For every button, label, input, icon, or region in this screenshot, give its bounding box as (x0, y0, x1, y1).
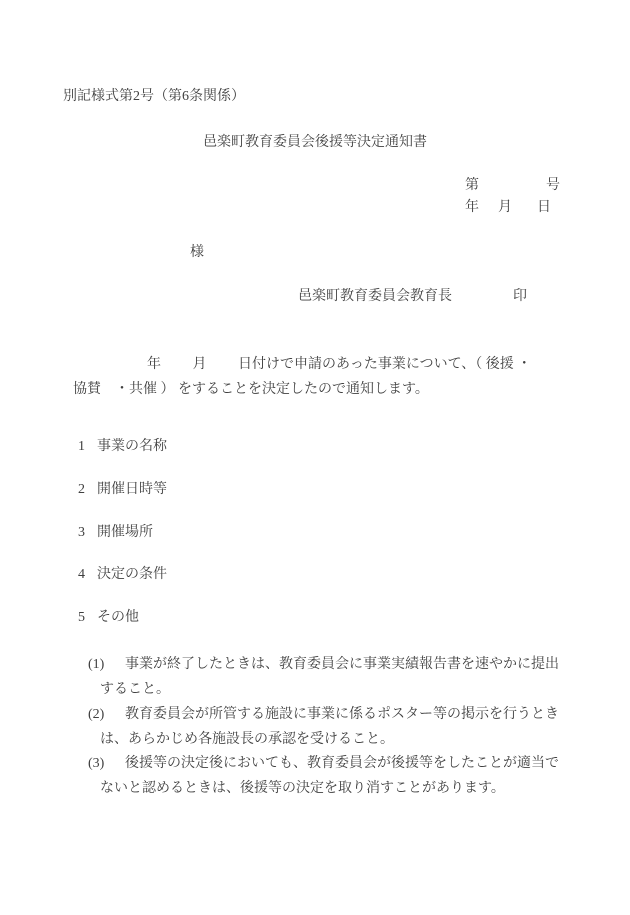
subitem-1-number: (1) (88, 654, 125, 676)
subitem-1-text: 事業が終了したときは、教育委員会に事業実績報告書を速やかに提出 (125, 657, 559, 672)
subitem-3-line-1: (3)後援等の決定後においても、教育委員会が後援等をしたことが適当で (88, 753, 559, 775)
issuer-line: 邑楽町教育委員会教育長印 (298, 286, 527, 308)
item-5-label: その他 (97, 610, 139, 625)
subitem-2-text: 教育委員会が所管する施設に事業に係るポスター等の掲示を行うとき (125, 707, 559, 722)
subitem-3-number: (3) (88, 753, 125, 775)
year-label: 年 (465, 200, 479, 215)
item-row-3: 3開催場所 (78, 522, 153, 544)
subitem-2-line-1: (2)教育委員会が所管する施設に事業に係るポスター等の掲示を行うとき (88, 704, 559, 726)
year-blank (479, 210, 498, 211)
month-blank (512, 210, 537, 211)
item-3-number: 3 (78, 522, 97, 544)
document-page: 別記様式第2号（第6条関係） 邑楽町教育委員会後援等決定通知書 第号 年月日 様… (0, 0, 630, 915)
item-4-number: 4 (78, 564, 97, 586)
subitem-2-number: (2) (88, 704, 125, 726)
item-1-label: 事業の名称 (97, 439, 167, 454)
doc-number-suffix: 号 (546, 178, 560, 193)
item-3-label: 開催場所 (97, 525, 153, 540)
item-row-5: 5その他 (78, 607, 139, 629)
item-row-2: 2開催日時等 (78, 479, 167, 501)
issuer-name: 邑楽町教育委員会教育長 (298, 289, 452, 304)
doc-number-prefix: 第 (465, 178, 479, 193)
subitem-2-line-2: は、あらかじめ各施設長の承認を受けること。 (100, 729, 394, 751)
subitem-1-line-2: すること。 (100, 679, 170, 701)
form-label: 別記様式第2号（第6条関係） (63, 86, 245, 108)
addressee-honorific: 様 (190, 242, 204, 264)
date-line: 年月日 (465, 197, 551, 219)
item-2-number: 2 (78, 479, 97, 501)
body-line-2: 協賛 ・共催 ） をすることを決定したので通知します。 (73, 379, 429, 401)
body-line-1: 年 月 日付けで申請のあった事業について、（ 後援 ・ (63, 354, 531, 376)
seal-label: 印 (513, 289, 527, 304)
day-label: 日 (537, 200, 551, 215)
item-1-number: 1 (78, 436, 97, 458)
item-4-label: 決定の条件 (97, 567, 167, 582)
subitem-3-line-2: ないと認めるときは、後援等の決定を取り消すことがあります。 (100, 778, 505, 800)
subitem-3-text: 後援等の決定後においても、教育委員会が後援等をしたことが適当で (125, 756, 559, 771)
item-row-4: 4決定の条件 (78, 564, 167, 586)
subitem-1-line-1: (1)事業が終了したときは、教育委員会に事業実績報告書を速やかに提出 (88, 654, 559, 676)
item-2-label: 開催日時等 (97, 482, 167, 497)
item-5-number: 5 (78, 607, 97, 629)
doc-number-blank (479, 188, 546, 189)
seal-blank (452, 299, 513, 300)
month-label: 月 (498, 200, 512, 215)
item-row-1: 1事業の名称 (78, 436, 167, 458)
page-title: 邑楽町教育委員会後援等決定通知書 (0, 132, 630, 154)
doc-number-line: 第号 (465, 175, 560, 197)
